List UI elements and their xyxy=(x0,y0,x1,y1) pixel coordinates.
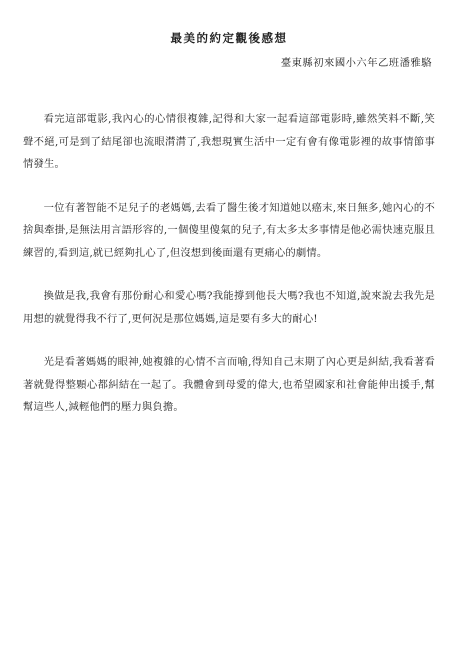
document-title: 最美的約定觀後感想 xyxy=(23,30,435,46)
paragraph-3: 換做是我,我會有那份耐心和愛心嗎?我能撐到他長大嗎?我也不知道,說來說去我先是用… xyxy=(23,285,435,330)
paragraph-4: 光是看著媽媽的眼神,她複雜的心情不言而喻,得知自己末期了內心更是糾結,我看著看著… xyxy=(23,351,435,419)
document-body: 看完這部電影,我內心的心情很複雜,記得和大家一起看這部電影時,雖然笑料不斷,笑聲… xyxy=(23,108,435,419)
paragraph-2: 一位有著智能不足兒子的老媽媽,去看了醫生後才知道她以癌末,來日無多,她內心的不捨… xyxy=(23,197,435,265)
author-line: 臺東縣初來國小六年乙班潘雅駱 xyxy=(23,56,432,70)
document-page: 最美的約定觀後感想 臺東縣初來國小六年乙班潘雅駱 看完這部電影,我內心的心情很複… xyxy=(0,0,458,648)
paragraph-1: 看完這部電影,我內心的心情很複雜,記得和大家一起看這部電影時,雖然笑料不斷,笑聲… xyxy=(23,108,435,176)
